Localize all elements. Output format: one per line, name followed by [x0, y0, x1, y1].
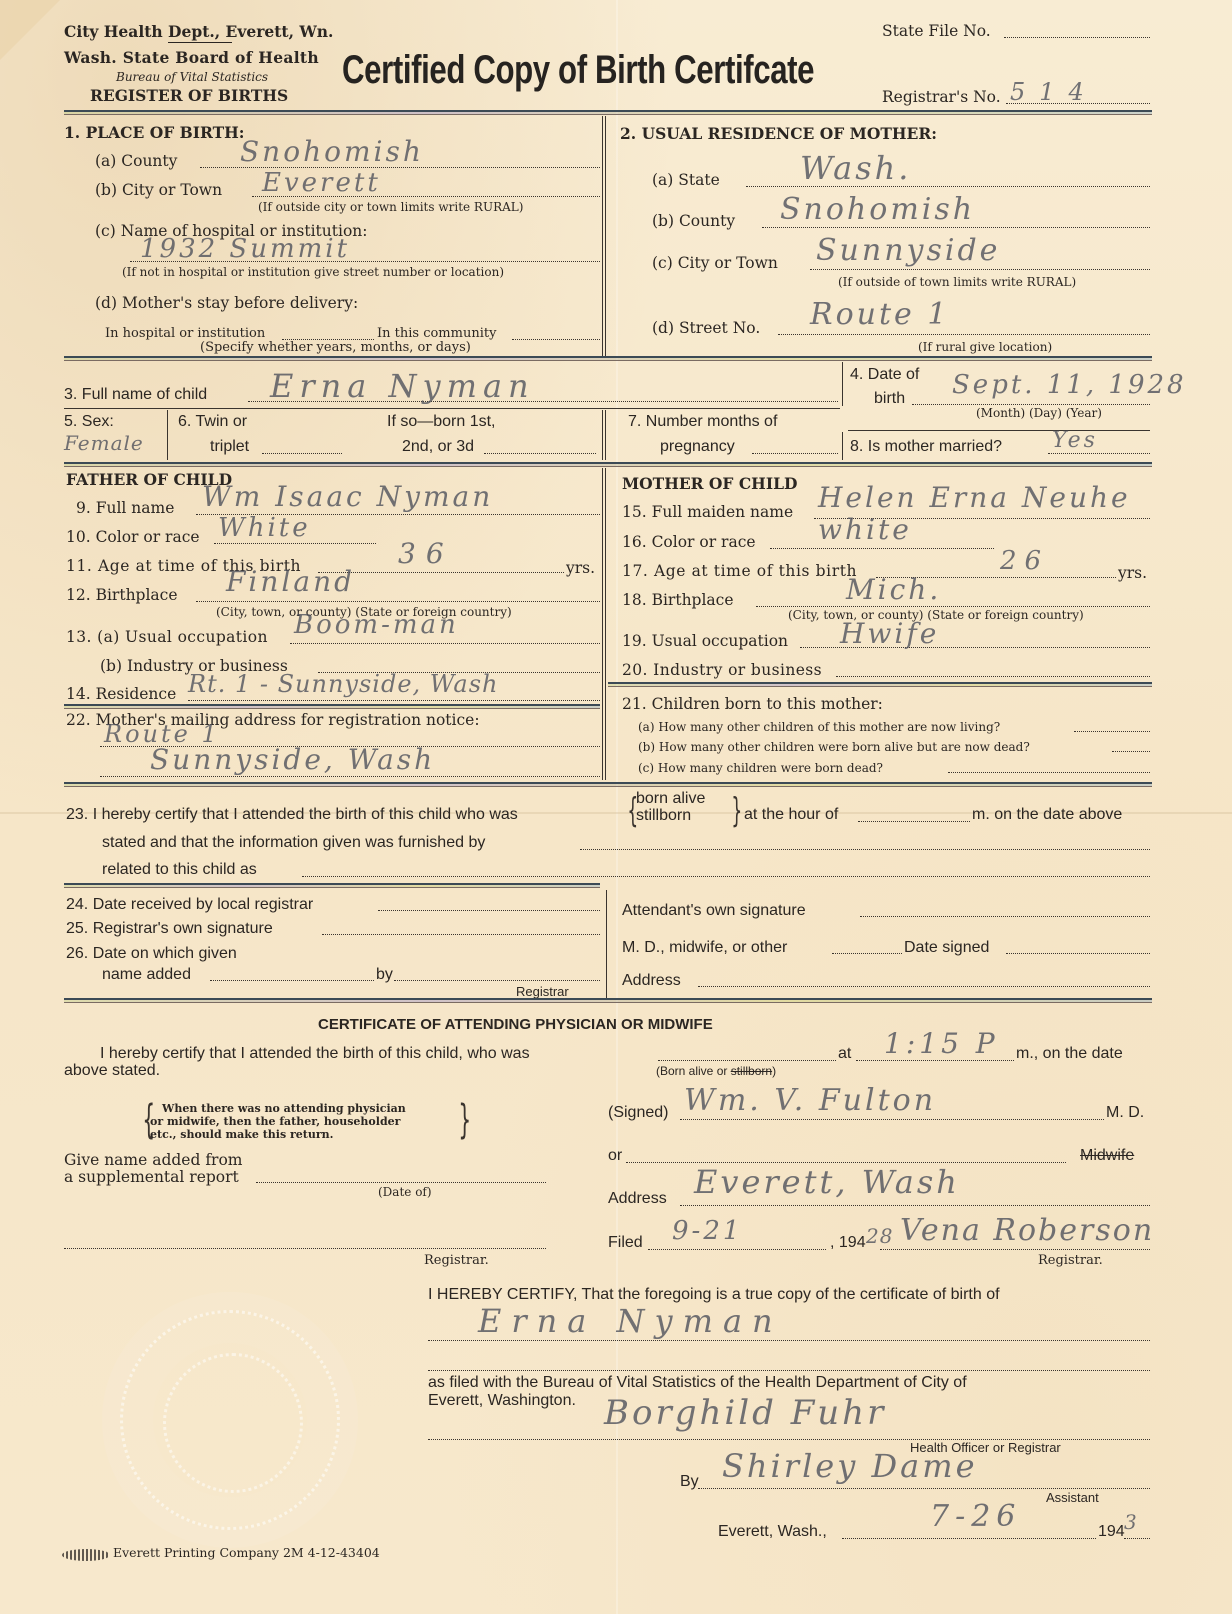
- filed-registrar-value: Vena Roberson: [900, 1216, 1154, 1246]
- born-alive-note: (Born alive or: [656, 1064, 727, 1078]
- folded-corner: [0, 0, 60, 60]
- fold-crease-vertical: [616, 0, 618, 1614]
- mother-age-unit: yrs.: [1118, 566, 1147, 582]
- married-value: Yes: [1052, 430, 1098, 452]
- mother-age-value: 26: [1000, 548, 1049, 574]
- certify-year-value: 3: [1124, 1512, 1140, 1532]
- father-birthplace-value: Finland: [226, 568, 355, 596]
- filed-registrar-field[interactable]: [880, 1249, 1150, 1250]
- printer-credit: Everett Printing Company 2M 4-12-43404: [113, 1547, 380, 1560]
- sex-divider: [167, 410, 168, 460]
- physician-address-value: Everett, Wash: [694, 1166, 960, 1198]
- physician-heading: CERTIFICATE OF ATTENDING PHYSICIAN OR MI…: [318, 1017, 713, 1032]
- children-b-label: (b) How many other children were born al…: [638, 741, 1030, 753]
- father-residence-label: 14. Residence: [66, 687, 176, 703]
- children-c-label: (c) How many children were born dead?: [638, 762, 883, 774]
- note-brace-close: }: [458, 1100, 471, 1140]
- pregnancy-label-1: 7. Number months of: [628, 414, 777, 430]
- pob-county-label: (a) County: [95, 154, 177, 170]
- name-added-date-field[interactable]: [210, 980, 374, 981]
- physician-time-value: 1:15 P: [884, 1030, 999, 1058]
- res-street-label: (d) Street No.: [652, 321, 760, 337]
- res-county-value: Snohomish: [780, 195, 975, 225]
- dob-label-1: 4. Date of: [850, 367, 919, 383]
- dept-underline: [168, 42, 232, 43]
- physician-certify-text: I hereby certify that I attended the bir…: [100, 1046, 530, 1062]
- registrar-no-label: Registrar's No.: [882, 90, 1001, 106]
- assistant-signature-field[interactable]: [698, 1488, 1150, 1489]
- assistant-caption: Assistant: [1046, 1491, 1099, 1504]
- received-label: 24. Date received by local registrar: [66, 897, 313, 913]
- certify-date-value: 7-26: [930, 1502, 1021, 1532]
- pob-stay-label: (d) Mother's stay before delivery:: [95, 296, 358, 312]
- father-birthplace-field[interactable]: [196, 601, 600, 602]
- physician-address-label: Address: [608, 1191, 667, 1207]
- born-order-label-2: 2nd, or 3d: [402, 439, 474, 455]
- certify-filed-with-2: Everett, Washington.: [428, 1393, 576, 1409]
- section-divider-2: [64, 462, 1152, 467]
- certify-copy-name-field[interactable]: [428, 1340, 1150, 1341]
- pob-hospital-value: 1932 Summit: [140, 236, 350, 262]
- child-name-label: 3. Full name of child: [64, 387, 207, 403]
- signed-label: (Signed): [608, 1105, 668, 1121]
- certify-filed-with-1: as filed with the Bureau of Vital Statis…: [428, 1375, 967, 1391]
- children-c-field[interactable]: [948, 772, 1150, 773]
- father-age-value: 36: [398, 540, 454, 568]
- res-state-value: Wash.: [800, 152, 911, 184]
- cert23-furnished-field[interactable]: [580, 849, 1150, 850]
- physician-at-label: at: [838, 1046, 851, 1062]
- cert23-line2: stated and that the information given wa…: [102, 835, 485, 851]
- father-residence-value: Rt. 1 - Sunnyside, Wash: [188, 672, 498, 696]
- place-label: Everett, Wash.,: [718, 1524, 827, 1540]
- father-residence-field[interactable]: [188, 700, 600, 701]
- mother-race-field[interactable]: [770, 548, 994, 549]
- sex-label: 5. Sex:: [64, 414, 114, 430]
- registrar-signature-field[interactable]: [322, 934, 600, 935]
- filed-year-prefix-text: 194: [839, 1234, 866, 1251]
- section-divider-1: [64, 356, 1152, 361]
- res-county-label: (b) County: [652, 214, 735, 230]
- cert23-line3: related to this child as: [102, 862, 257, 878]
- twin-label-2: triplet: [210, 439, 249, 455]
- twin-field[interactable]: [262, 453, 342, 454]
- brace-close: }: [731, 794, 742, 828]
- father-occupation-field[interactable]: [290, 643, 600, 644]
- name-added-by-field[interactable]: [394, 980, 600, 981]
- or-label: or: [608, 1148, 622, 1164]
- twin-label-1: 6. Twin or: [178, 414, 247, 430]
- pob-county-value: Snohomish: [240, 138, 424, 166]
- res-city-note: (If outside of town limits write RURAL): [838, 276, 1076, 288]
- received-field[interactable]: [378, 910, 600, 911]
- place-of-birth-heading: 1. PLACE OF BIRTH:: [64, 125, 244, 141]
- pob-hospital-note: (If not in hospital or institution give …: [122, 266, 504, 278]
- certify-date-field[interactable]: [842, 1538, 1096, 1539]
- children-b-field[interactable]: [1112, 751, 1150, 752]
- name-added-registrar-caption: Registrar: [516, 985, 569, 998]
- mother-race-label: 16. Color or race: [622, 535, 756, 551]
- mother-birthplace-field[interactable]: [756, 606, 1150, 607]
- res-city-field[interactable]: [810, 269, 1150, 270]
- mother-age-label: 17. Age at time of this birth: [622, 564, 857, 580]
- cert23-line1-c: m. on the date above: [972, 807, 1122, 823]
- md-suffix: M. D.: [1106, 1105, 1144, 1121]
- registrar-signature-label: 25. Registrar's own signature: [66, 921, 273, 937]
- child-row-divider: [64, 408, 840, 409]
- attendant-address-label: Address: [622, 973, 681, 989]
- mother-residence-heading: 2. USUAL RESIDENCE OF MOTHER:: [620, 126, 937, 142]
- res-county-field[interactable]: [762, 227, 1150, 228]
- children-label: 21. Children born to this mother:: [622, 697, 883, 713]
- mother-occupation-label: 19. Usual occupation: [622, 634, 788, 650]
- section-divider-vertical: [602, 116, 606, 356]
- res-city-label: (c) City or Town: [652, 256, 778, 272]
- filed-registrar-caption: Registrar.: [1038, 1254, 1103, 1267]
- filed-year-prefix: , 194: [830, 1235, 866, 1251]
- res-street-field[interactable]: [778, 334, 1150, 335]
- document-title: Certified Copy of Birth Certifcate: [342, 48, 814, 93]
- sex-value: Female: [64, 433, 144, 453]
- attendant-signature-label: Attendant's own signature: [622, 903, 806, 919]
- registrar-top-divider: [64, 883, 600, 888]
- mother-birthplace-value: Mich.: [846, 576, 941, 604]
- filed-date-value: 9-21: [672, 1218, 742, 1244]
- name-added-label-2: name added: [102, 967, 191, 983]
- married-label: 8. Is mother married?: [850, 439, 1002, 455]
- registrar-no-value: 514: [1010, 80, 1098, 104]
- embossed-seal: [120, 1310, 340, 1530]
- physician-born-note: (Born alive or stillborn): [656, 1065, 776, 1077]
- mother-industry-label: 20. Industry or business: [622, 663, 822, 679]
- dob-field[interactable]: [912, 404, 1150, 405]
- certify-copy-statement: I HEREBY CERTIFY, That the foregoing is …: [428, 1287, 1000, 1303]
- note-close: ): [772, 1064, 776, 1078]
- children-a-field[interactable]: [1074, 731, 1150, 732]
- physician-m-label: m., on the date: [1016, 1046, 1123, 1062]
- board-line: Wash. State Board of Health: [64, 50, 319, 66]
- filed-year-value: 28: [866, 1226, 893, 1246]
- physician-above-stated: above stated.: [64, 1063, 160, 1079]
- married-divider: [842, 432, 843, 460]
- mother-maiden-value: Helen Erna Neuhe: [818, 484, 1131, 512]
- seal-inner-ring: [163, 1353, 303, 1493]
- dob-row-divider: [848, 430, 1150, 431]
- midwife-suffix: Midwife: [1080, 1148, 1134, 1164]
- father-age-unit: yrs.: [566, 561, 595, 577]
- certify-copy-name-value: Erna Nyman: [478, 1305, 783, 1337]
- parents-divider-vertical: [602, 468, 606, 780]
- certify-year-prefix: 194: [1098, 1524, 1125, 1540]
- cert23-line1-a: 23. I hereby certify that I attended the…: [66, 807, 518, 823]
- mother-occupation-value: Hwife: [840, 620, 939, 648]
- officer-signature-value: Borghild Fuhr: [604, 1396, 886, 1430]
- pob-stay-note: (Specify whether years, months, or days): [200, 341, 471, 354]
- supplemental-label-2: a supplemental report: [64, 1170, 239, 1186]
- pregnancy-label-2: pregnancy: [660, 439, 735, 455]
- date-signed-field[interactable]: [1006, 953, 1150, 954]
- supplemental-registrar-field[interactable]: [64, 1248, 546, 1249]
- pob-city-note: (If outside city or town limits write RU…: [258, 201, 523, 213]
- md-other-label: M. D., midwife, or other: [622, 940, 787, 956]
- dob-label-2: birth: [874, 391, 905, 407]
- certify-copy-blank-field[interactable]: [428, 1370, 1150, 1371]
- mother-race-value: white: [818, 516, 912, 544]
- mother-divider: [608, 682, 1152, 687]
- father-race-label: 10. Color or race: [66, 530, 200, 546]
- stillborn-struck: stillborn: [731, 1064, 772, 1078]
- bureau-line: Bureau of Vital Statistics: [116, 71, 268, 83]
- no-physician-note-2: or midwife, then the father, householder: [150, 1116, 400, 1127]
- attendant-address-field[interactable]: [698, 986, 1150, 987]
- mailing-line2-value: Sunnyside, Wash: [150, 746, 435, 774]
- state-file-field[interactable]: [1004, 37, 1150, 38]
- dob-value: Sept. 11, 1928: [952, 372, 1187, 398]
- pregnancy-field[interactable]: [752, 453, 838, 454]
- supplemental-date-caption: (Date of): [378, 1186, 432, 1198]
- cert23-hour-field[interactable]: [858, 821, 970, 822]
- pob-stay-hospital-label: In hospital or institution: [105, 327, 265, 340]
- name-added-by-label: by: [376, 967, 393, 983]
- father-divider: [64, 704, 600, 709]
- supplemental-label-1: Give name added from: [64, 1153, 243, 1169]
- father-occupation-label: 13. (a) Usual occupation: [66, 630, 268, 646]
- register-line: REGISTER OF BIRTHS: [90, 88, 288, 104]
- pob-stay-community-label: In this community: [377, 327, 496, 340]
- father-birthplace-label: 12. Birthplace: [66, 588, 178, 604]
- signed-value: Wm. V. Fulton: [684, 1086, 936, 1116]
- supplemental-registrar-caption: Registrar.: [424, 1254, 489, 1267]
- pob-city-label: (b) City or Town: [95, 183, 222, 199]
- printer-logo-icon: [62, 1549, 110, 1561]
- child-name-value: Erna Nyman: [270, 370, 535, 402]
- date-signed-label: Date signed: [904, 940, 989, 956]
- filed-label: Filed: [608, 1235, 643, 1251]
- dob-divider: [842, 362, 843, 406]
- pregnancy-divider: [602, 410, 606, 460]
- registrar-divider-vertical: [606, 890, 607, 998]
- pob-stay-community-field[interactable]: [512, 339, 600, 340]
- state-file-label: State File No.: [882, 24, 991, 40]
- section-divider-3: [64, 782, 1152, 787]
- father-name-value: Wm Isaac Nyman: [202, 483, 493, 511]
- father-occupation-value: Boom-man: [294, 612, 459, 638]
- physician-address-field[interactable]: [680, 1205, 1150, 1206]
- res-street-value: Route 1: [810, 300, 949, 330]
- father-name-label: 9. Full name: [76, 501, 174, 517]
- assistant-signature-value: Shirley Dame: [722, 1450, 978, 1482]
- no-physician-note-3: etc., should make this return.: [150, 1129, 333, 1140]
- res-state-label: (a) State: [652, 173, 720, 189]
- father-race-value: White: [218, 515, 311, 541]
- md-other-field[interactable]: [832, 953, 902, 954]
- cert23-hour-label: at the hour of: [744, 807, 838, 823]
- res-city-value: Sunnyside: [816, 236, 1000, 266]
- dob-note: (Month) (Day) (Year): [976, 407, 1102, 419]
- name-added-label-1: 26. Date on which given: [66, 946, 237, 962]
- father-race-field[interactable]: [214, 543, 376, 544]
- physician-born-field[interactable]: [658, 1060, 836, 1061]
- cert23-born-alive[interactable]: born alive: [636, 791, 705, 807]
- physician-time-field[interactable]: [856, 1060, 1014, 1061]
- attendant-signature-field[interactable]: [860, 916, 1150, 917]
- by-label: By: [680, 1474, 699, 1490]
- children-a-label: (a) How many other children of this moth…: [638, 721, 1000, 733]
- certify-year-field[interactable]: [1124, 1538, 1150, 1539]
- married-field[interactable]: [1048, 453, 1150, 454]
- res-street-note: (If rural give location): [918, 341, 1052, 353]
- mailing-line2-field[interactable]: [100, 776, 600, 777]
- dept-line: City Health Dept., Everett, Wn.: [64, 24, 333, 40]
- pob-city-value: Everett: [262, 170, 381, 196]
- supplemental-field[interactable]: [256, 1182, 546, 1183]
- mother-maiden-label: 15. Full maiden name: [622, 505, 793, 521]
- section-divider-4: [64, 998, 1152, 1003]
- cert23-stillborn[interactable]: stillborn: [636, 808, 691, 824]
- mother-heading: MOTHER OF CHILD: [622, 476, 797, 492]
- no-physician-note-1: When there was no attending physician: [162, 1103, 406, 1114]
- born-order-field[interactable]: [484, 453, 596, 454]
- born-order-label-1: If so—born 1st,: [387, 414, 496, 430]
- signed-field[interactable]: [680, 1119, 1104, 1120]
- mother-industry-field[interactable]: [836, 676, 1150, 677]
- filed-date-field[interactable]: [648, 1249, 826, 1250]
- header-divider: [64, 110, 1152, 115]
- cert23-related-field[interactable]: [302, 876, 1150, 877]
- mother-birthplace-label: 18. Birthplace: [622, 593, 734, 609]
